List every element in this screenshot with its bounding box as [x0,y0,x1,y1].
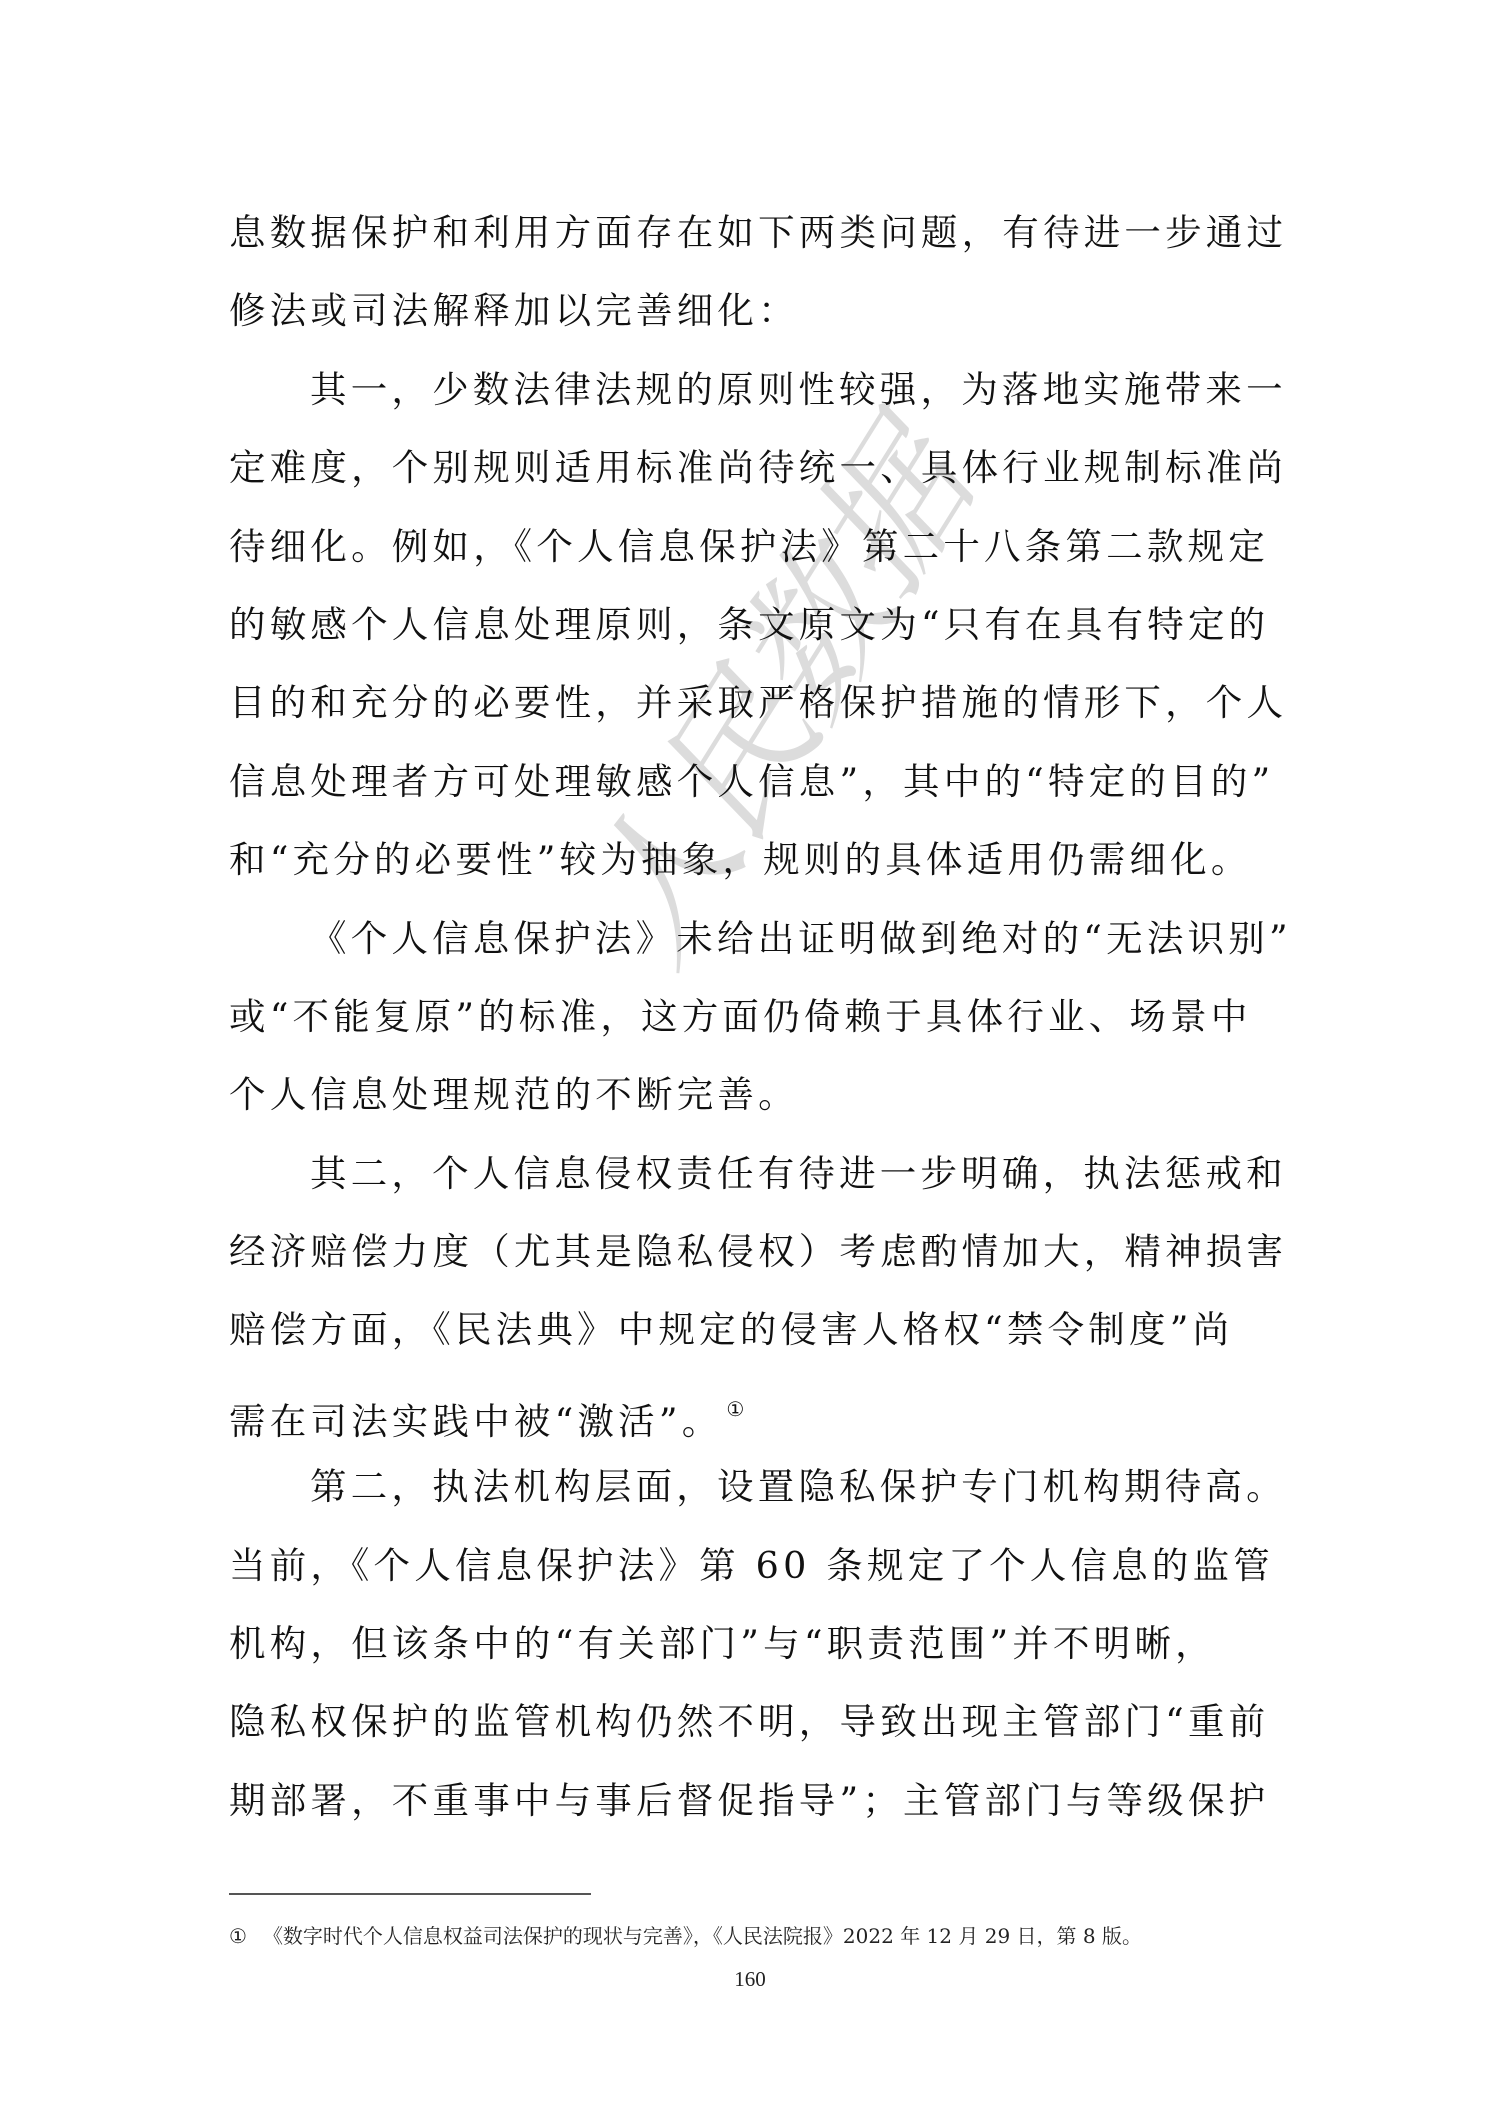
body-line: 信息处理者方可处理敏感个人信息”，其中的“特定的目的” [229,743,1289,821]
footnote: ①《数字时代个人信息权益司法保护的现状与完善》，《人民法院报》2022 年 12… [229,1920,1329,1949]
body-text: 息数据保护和利用方面存在如下两类问题，有待进一步通过 修法或司法解释加以完善细化… [229,194,1289,1840]
footnote-text: 《数字时代个人信息权益司法保护的现状与完善》，《人民法院报》2022 年 12 … [263,1924,1142,1948]
paragraph-start-line: 第二，执法机构层面，设置隐私保护专门机构期待高。 [229,1448,1289,1526]
body-line: 经济赔偿力度（尤其是隐私侵权）考虑酌情加大，精神损害 [229,1213,1289,1291]
body-line: 机构，但该条中的“有关部门”与“职责范围”并不明晰， [229,1605,1289,1683]
body-line: 期部署，不重事中与事后督促指导”；主管部门与等级保护 [229,1762,1289,1840]
body-line: 和“充分的必要性”较为抽象，规则的具体适用仍需细化。 [229,821,1289,899]
document-page: 人民数据 息数据保护和利用方面存在如下两类问题，有待进一步通过 修法或司法解释加… [0,0,1500,2121]
body-line: 的敏感个人信息处理原则，条文原文为“只有在具有特定的 [229,586,1289,664]
body-line: 赔偿方面，《民法典》中规定的侵害人格权“禁令制度”尚 [229,1291,1289,1369]
body-line: 个人信息处理规范的不断完善。 [229,1056,1289,1134]
body-line: 息数据保护和利用方面存在如下两类问题，有待进一步通过 [229,194,1289,272]
footnote-marker: ① [229,1924,247,1948]
body-line: 待细化。例如，《个人信息保护法》第二十八条第二款规定 [229,508,1289,586]
paragraph-start-line: 《个人信息保护法》未给出证明做到绝对的“无法识别” [229,900,1289,978]
body-line: 目的和充分的必要性，并采取严格保护措施的情形下，个人 [229,664,1289,742]
body-line-with-footnote: 需在司法实践中被“激活”。① [229,1370,1289,1448]
body-line: 隐私权保护的监管机构仍然不明，导致出现主管部门“重前 [229,1683,1289,1761]
footnote-divider [229,1893,591,1895]
body-line: 当前，《个人信息保护法》第 60 条规定了个人信息的监管 [229,1527,1289,1605]
paragraph-start-line: 其一，少数法律法规的原则性较强，为落地实施带来一 [229,351,1289,429]
paragraph-start-line: 其二，个人信息侵权责任有待进一步明确，执法惩戒和 [229,1135,1289,1213]
body-line-text: 需在司法实践中被“激活”。 [229,1400,722,1443]
body-line: 修法或司法解释加以完善细化： [229,272,1289,350]
footnote-reference[interactable]: ① [726,1397,744,1421]
body-line: 定难度，个别规则适用标准尚待统一、具体行业规制标准尚 [229,429,1289,507]
page-number: 160 [0,1967,1500,1992]
body-line: 或“不能复原”的标准，这方面仍倚赖于具体行业、场景中 [229,978,1289,1056]
